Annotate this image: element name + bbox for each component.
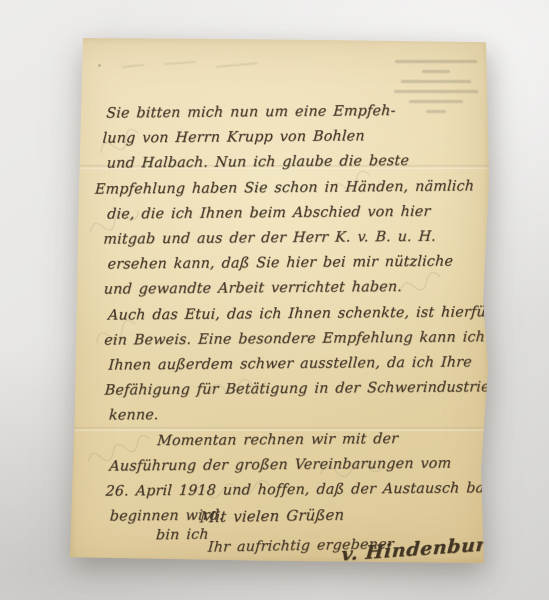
letter-line: Ihnen außerdem schwer ausstellen, da ich… [94, 350, 468, 378]
letter-line: mitgab und aus der der Herr K. v. B. u. … [93, 224, 467, 252]
letterhead-ghost-line [395, 60, 477, 63]
letter-line: Auch das Etui, das ich Ihnen schenkte, i… [93, 300, 467, 328]
letterhead-ghost-line [422, 70, 450, 73]
letter-line: ein Beweis. Eine besondere Empfehlung ka… [93, 325, 467, 353]
letter-line: Momentan rechnen wir mit der [94, 426, 468, 454]
letter-line: Sie bitten mich nun um eine Empfeh- [91, 98, 465, 126]
photo-backdrop: Sie bitten mich nun um eine Empfeh-lung … [0, 0, 549, 600]
handwritten-letter-page: Sie bitten mich nun um eine Empfeh-lung … [70, 38, 489, 563]
letter-line: Ausführung der großen Vereinbarungen vom [95, 451, 469, 479]
letter-line: und Halbach. Nun ich glaube die beste [92, 149, 466, 177]
letterhead-ghost-line [401, 80, 471, 83]
letter-line: 26. April 1918 und hoffen, daß der Austa… [95, 476, 469, 504]
pencil-ghost-marks [94, 56, 274, 82]
letter-line: kenne. [94, 401, 468, 429]
letter-line: die, die ich Ihnen beim Abschied von hie… [92, 199, 466, 227]
letter-body: Sie bitten mich nun um eine Empfeh-lung … [92, 98, 468, 530]
pencil-dot [98, 64, 101, 67]
closing-salutation: Mit vielen Grüßen [199, 507, 344, 527]
paper-shadow-wrapper: Sie bitten mich nun um eine Empfeh-lung … [0, 0, 549, 600]
pencil-mark [122, 64, 144, 68]
closing-pre-signature: bin ich [155, 527, 209, 544]
letter-line: Befähigung für Betätigung in der Schweri… [94, 376, 468, 404]
pencil-mark [216, 62, 258, 68]
letter-line: und gewandte Arbeit verrichtet haben. [93, 275, 467, 303]
letter-line: lung von Herrn Krupp von Bohlen [92, 124, 466, 152]
letter-line: ersehen kann, daß Sie hier bei mir nützl… [93, 250, 467, 278]
pencil-mark [164, 61, 196, 65]
letterhead-ghost-line [394, 90, 478, 93]
letter-line: Empfehlung haben Sie schon in Händen, nä… [92, 174, 466, 202]
